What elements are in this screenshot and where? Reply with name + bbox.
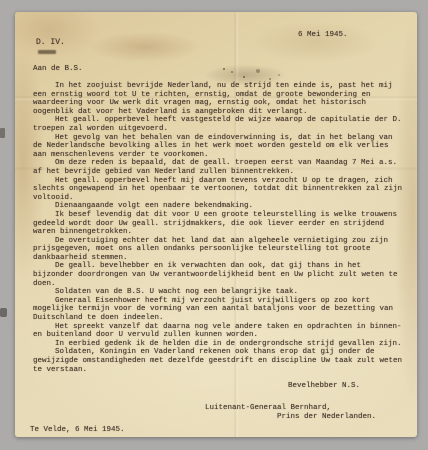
scan-background: D. IV. 6 Mei 1945. Aan de B.S. In het zo… xyxy=(0,0,428,450)
binder-mark xyxy=(0,128,5,138)
dirt-speckles xyxy=(223,68,225,70)
letter-paragraph: Het geall. opperbevel heeft mij daarom t… xyxy=(33,177,405,203)
letter-paragraph: Soldaten van de B.S. U wacht nog een bel… xyxy=(33,288,405,297)
doc-ref: D. IV. xyxy=(36,39,65,48)
signature-title: Prins der Nederlanden. xyxy=(277,413,376,422)
letter-body: In het zoojuist bevrijde Nederland, nu d… xyxy=(33,82,405,374)
place-date-line: Te Velde, 6 Mei 1945. xyxy=(30,426,125,435)
letter-paragraph: Dienaangaande volgt een nadere bekendmak… xyxy=(33,202,405,211)
letter-paragraph: Soldaten, Koningin en Vaderland rekenen … xyxy=(33,348,405,374)
letter-paragraph: Het spreekt vanzelf dat daarna nog vele … xyxy=(33,323,405,340)
letter-paragraph: Ik besef levendig dat dit voor U een gro… xyxy=(33,211,405,237)
letter-paragraph: Het geall. opperbevel heeft vastgesteld … xyxy=(33,116,405,133)
letter-paragraph: Om deze reden is bepaald, dat de geall. … xyxy=(33,159,405,176)
date-line: 6 Mei 1945. xyxy=(298,31,348,40)
binder-mark xyxy=(0,308,7,317)
letter-paragraph: De overtuiging echter dat het land dat a… xyxy=(33,237,405,263)
letter-paragraph: De geall. bevelhebber en ik verwachten d… xyxy=(33,262,405,288)
letter-paragraph: In het zoojuist bevrijde Nederland, nu d… xyxy=(33,82,405,116)
closing-role: Bevelhebber N.S. xyxy=(288,382,360,391)
letter-paragraph: Het gevolg van het behalen van de eindov… xyxy=(33,134,405,160)
illegible-stamp-mark xyxy=(38,50,56,54)
salutation: Aan de B.S. xyxy=(33,65,83,74)
letter-document: D. IV. 6 Mei 1945. Aan de B.S. In het zo… xyxy=(15,12,417,437)
signature-name: Luitenant-Generaal Bernhard, xyxy=(205,404,331,413)
letter-paragraph: Generaal Eisenhower heeft mij verzocht j… xyxy=(33,297,405,323)
